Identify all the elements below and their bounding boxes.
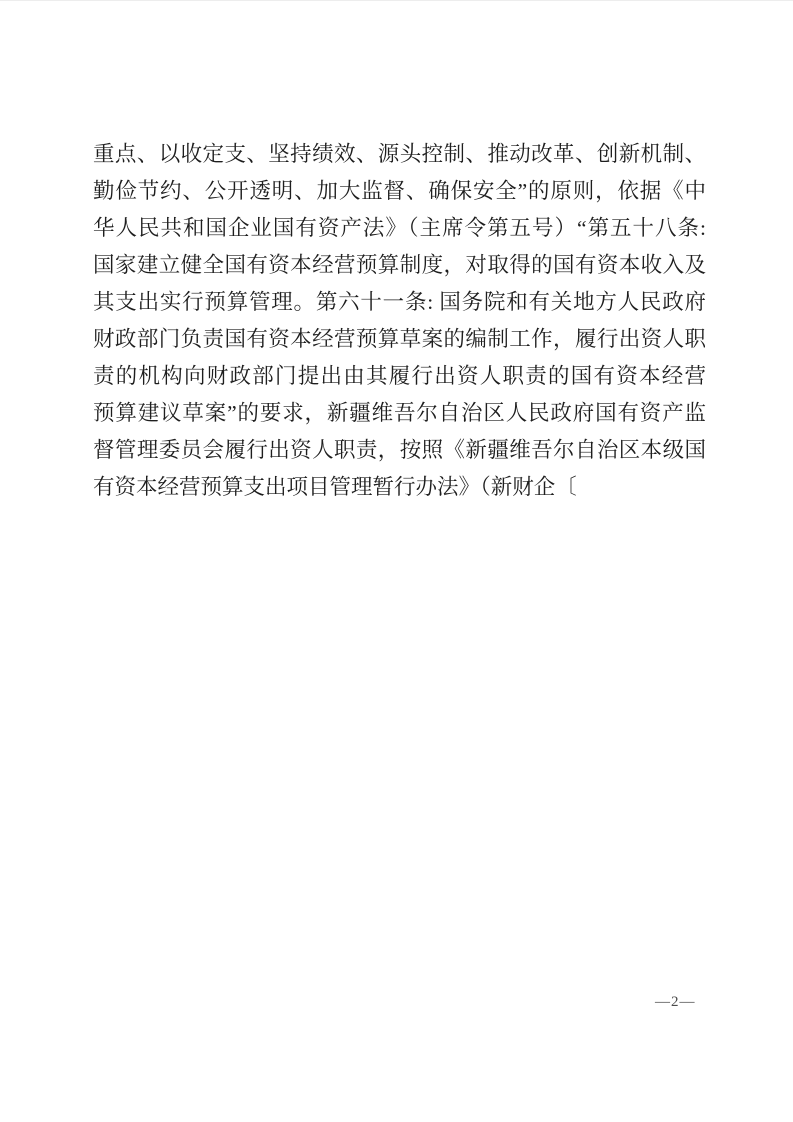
text-line: 国家建立健全国有资本经营预算制度，对取得的国有资本收入及 xyxy=(93,247,706,284)
text-line: 勤俭节约、公开透明、加大监督、确保安全”的原则，依据《中 xyxy=(93,173,706,210)
text-line: 督管理委员会履行出资人职责，按照《新疆维吾尔自治区本级国 xyxy=(93,432,706,469)
text-line: 华人民共和国企业国有资产法》（主席令第五号）“第五十八条: xyxy=(93,210,706,247)
text-line: 有资本经营预算支出项目管理暂行办法》（新财企〔 xyxy=(93,469,706,506)
text-line: 预算建议草案”的要求，新疆维吾尔自治区人民政府国有资产监 xyxy=(93,395,706,432)
body-text: 重点、以收定支、坚持绩效、源头控制、推动改革、创新机制、 勤俭节约、公开透明、加… xyxy=(93,136,706,506)
document-page: 重点、以收定支、坚持绩效、源头控制、推动改革、创新机制、 勤俭节约、公开透明、加… xyxy=(0,0,793,1122)
text-line: 重点、以收定支、坚持绩效、源头控制、推动改革、创新机制、 xyxy=(93,136,706,173)
text-line: 财政部门负责国有资本经营预算草案的编制工作，履行出资人职 xyxy=(93,321,706,358)
text-line: 其支出实行预算管理。第六十一条: 国务院和有关地方人民政府 xyxy=(93,284,706,321)
page-number: —2— xyxy=(655,993,696,1011)
text-line: 责的机构向财政部门提出由其履行出资人职责的国有资本经营 xyxy=(93,358,706,395)
